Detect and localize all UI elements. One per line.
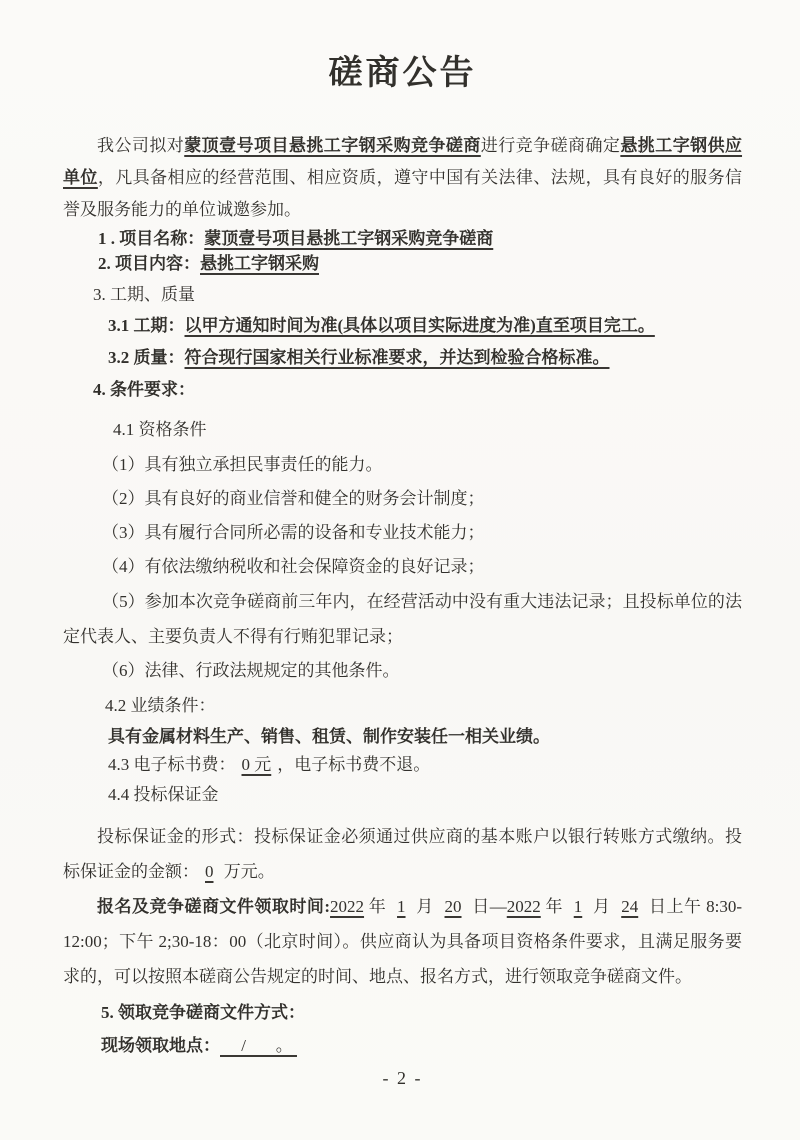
signup-month-2: 1 [568, 897, 589, 916]
deposit-paragraph: 投标保证金的形式：投标保证金必须通过供应商的基本账户以银行转账方式缴纳。投标保证… [63, 819, 742, 889]
deposit-heading: 4.4 投标保证金 [108, 781, 742, 809]
signup-day-1: 20 [439, 897, 468, 916]
deposit-text: 投标保证金的形式：投标保证金必须通过供应商的基本账户以银行转账方式缴纳。投标保证… [63, 827, 742, 881]
signup-label: 报名及竞争磋商文件领取时间: [97, 897, 330, 916]
project-name-inline: 蒙顶壹号项目悬挑工字钢采购竞争磋商 [184, 136, 481, 155]
signup-year-2: 2022 [507, 897, 541, 916]
section-4-heading: 4. 条件要求： [93, 374, 742, 406]
pickup-location-line: 现场领取地点： / 。 [101, 1031, 742, 1061]
project-name-label: 1 . 项目名称： [98, 229, 204, 248]
signup-month-1: 1 [391, 897, 412, 916]
intro-text-1: 我公司拟对 [97, 136, 184, 155]
intro-paragraph: 我公司拟对蒙顶壹号项目悬挑工字钢采购竞争磋商进行竞争磋商确定悬挑工字钢供应单位，… [63, 130, 742, 226]
quality-line: 3.2 质量：符合现行国家相关行业标准要求，并达到检验合格标准。 [108, 342, 742, 374]
duration-line: 3.1 工期：以甲方通知时间为准(具体以项目实际进度为准)直至项目完工。 [108, 310, 742, 342]
quality-value: 符合现行国家相关行业标准要求，并达到检验合格标准。 [185, 348, 610, 367]
project-content-value: 悬挑工字钢采购 [200, 254, 319, 273]
signup-sep-2: 月 [412, 897, 439, 916]
qualification-item-2: （2）具有良好的商业信誉和健全的财务会计制度； [102, 482, 742, 516]
scanned-document-page: 磋商公告 我公司拟对蒙顶壹号项目悬挑工字钢采购竞争磋商进行竞争磋商确定悬挑工字钢… [0, 0, 800, 1140]
quality-label: 3.2 质量： [108, 348, 185, 367]
signup-sep-4: 年 [541, 897, 568, 916]
fee-label: 4.3 电子标书费： [108, 755, 236, 774]
project-content-label: 2. 项目内容： [98, 254, 200, 273]
duration-label: 3.1 工期： [108, 316, 185, 335]
qualification-item-1: （1）具有独立承担民事责任的能力。 [102, 448, 742, 482]
qualification-item-3: （3）具有履行合同所必需的设备和专业技术能力； [102, 516, 742, 550]
intro-text-3: ，凡具备相应的经营范围、相应资质，遵守中国有关法律、法规，具有良好的服务信誉及服… [63, 168, 742, 219]
project-name-item: 1 . 项目名称：蒙顶壹号项目悬挑工字钢采购竞争磋商 [98, 226, 742, 251]
signup-day-2: 24 [615, 897, 644, 916]
project-content-item: 2. 项目内容：悬挑工字钢采购 [98, 251, 742, 276]
page-title: 磋商公告 [63, 50, 742, 98]
signup-sep-5: 月 [588, 897, 615, 916]
pickup-label: 现场领取地点： [101, 1036, 220, 1055]
project-name-value: 蒙顶壹号项目悬挑工字钢采购竞争磋商 [204, 229, 493, 248]
qualification-heading: 4.1 资格条件 [113, 414, 742, 446]
deposit-suffix: 万元。 [220, 862, 275, 881]
signup-sep-3: 日— [468, 897, 507, 916]
qualification-item-4: （4）有依法缴纳税收和社会保障资金的良好记录； [102, 550, 742, 584]
pickup-blank: / 。 [220, 1036, 297, 1055]
signup-sep-1: 年 [364, 897, 391, 916]
document-fee-line: 4.3 电子标书费：0 元，电子标书费不退。 [108, 751, 742, 778]
deposit-amount: 0 [199, 862, 220, 881]
signup-time-paragraph: 报名及竞争磋商文件领取时间:2022 年 1 月 20 日—2022 年 1 月… [63, 889, 742, 994]
page-number: - 2 - [63, 1064, 742, 1092]
fee-suffix: ，电子标书费不退。 [277, 755, 430, 774]
qualification-item-5: （5）参加本次竞争磋商前三年内，在经营活动中没有重大违法记录；且投标单位的法定代… [63, 584, 742, 654]
section-5-heading: 5. 领取竞争磋商文件方式： [101, 997, 742, 1028]
performance-heading: 4.2 业绩条件： [105, 691, 742, 721]
duration-value: 以甲方通知时间为准(具体以项目实际进度为准)直至项目完工。 [185, 316, 655, 335]
section-3-heading: 3. 工期、质量 [93, 279, 742, 310]
intro-text-2: 进行竞争磋商确定 [481, 136, 621, 155]
signup-year-1: 2022 [330, 897, 364, 916]
fee-value: 0 元 [236, 755, 278, 774]
qualification-item-6: （6）法律、行政法规规定的其他条件。 [102, 654, 742, 688]
performance-requirement: 具有金属材料生产、销售、租赁、制作安装任一相关业绩。 [108, 723, 742, 751]
